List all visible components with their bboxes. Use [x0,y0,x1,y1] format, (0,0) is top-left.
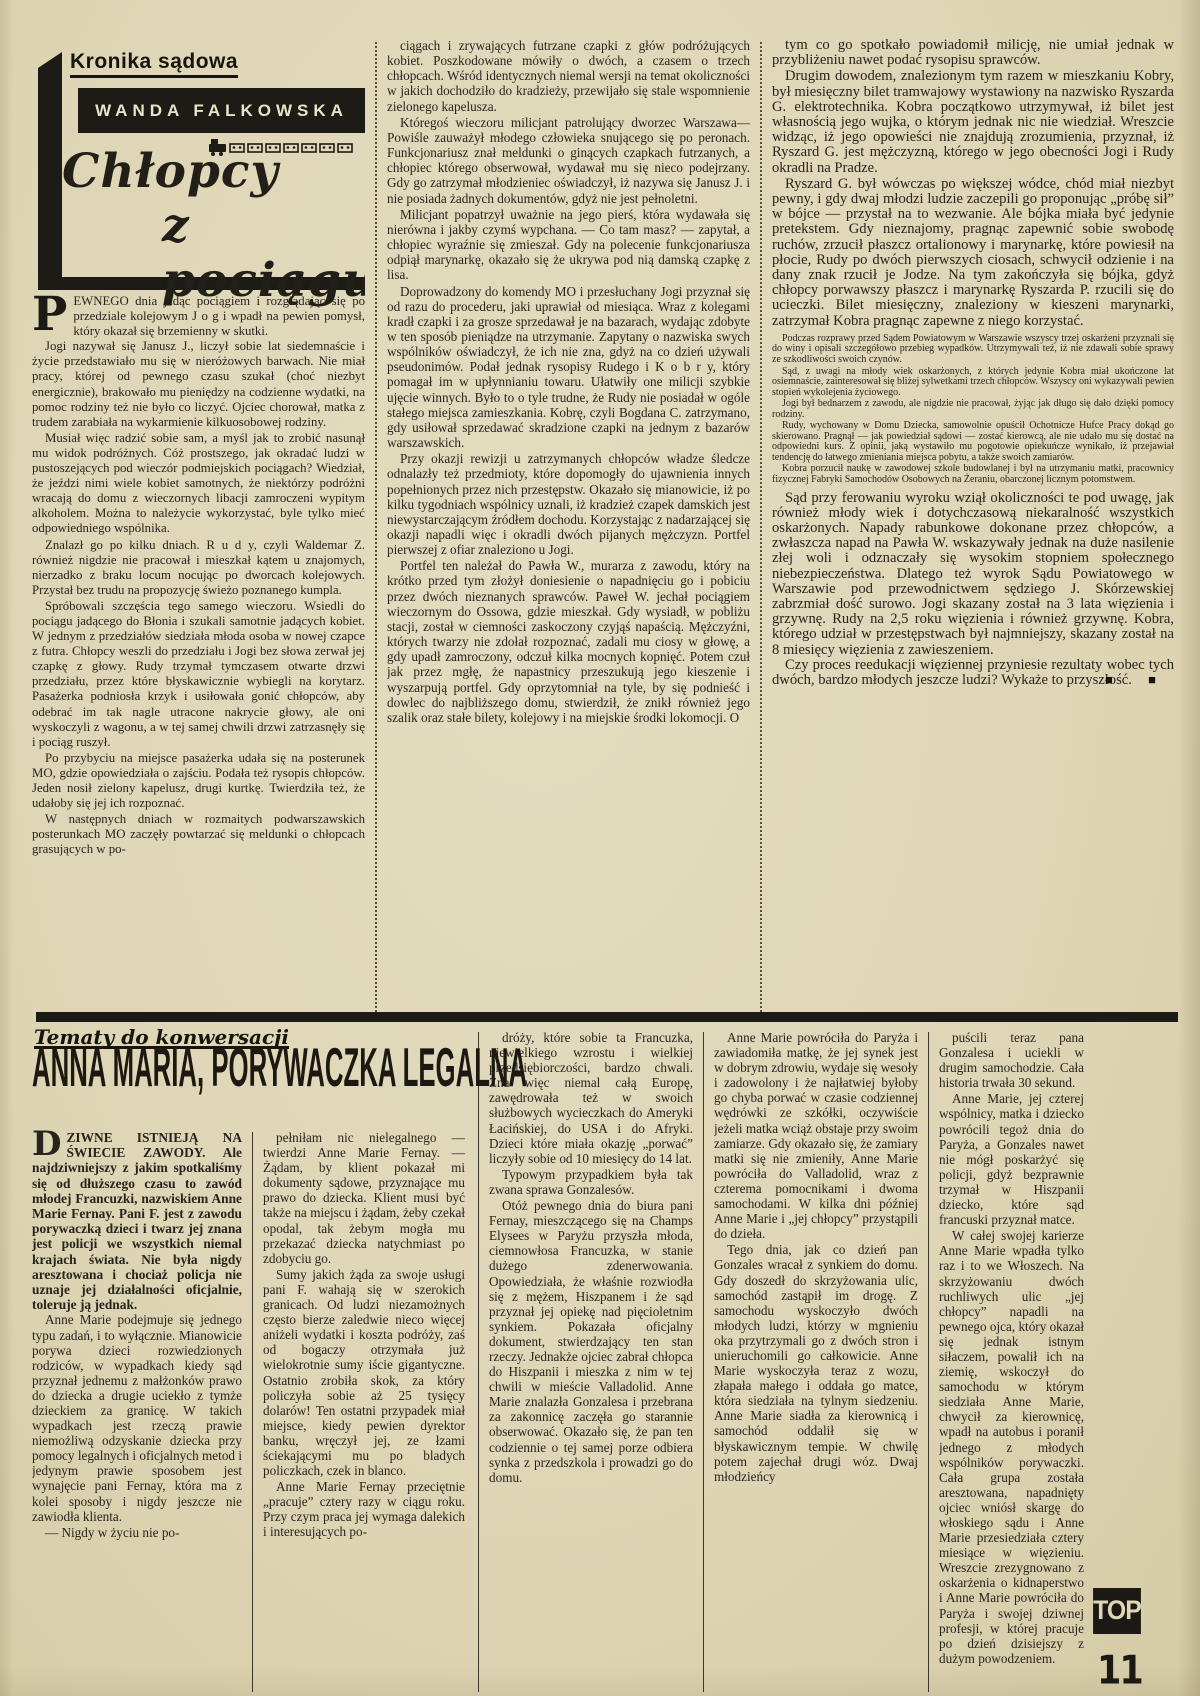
article-title-line2: z pociągu [162,198,365,308]
paragraph: Ryszard G. był wówczas po większej wódce… [772,177,1174,329]
bottom-article-column-3: dróży, które sobie ta Francuzka, niewiel… [489,1030,693,1692]
paragraph: — Nigdy w życiu nie po- [32,1525,242,1540]
section-kicker: Kronika sądowa [70,50,238,78]
paragraph: puścili teraz pana Gonzalesa i uciekli w… [939,1030,1143,1090]
paragraph: Przy okazji rewizji u zatrzymanych chłop… [387,451,750,557]
paragraph: pełniłam nic nielegalnego — twierdzi Ann… [263,1130,465,1266]
bottom-article-column-1: DZIWNE ISTNIEJĄ NA ŚWIECIE ZAWODY. Ale n… [32,1130,242,1692]
article-headline: ANNA MARIA, PORYWACZKA LEGALNA [32,1059,527,1077]
paragraph: Któregoś wieczoru milicjant patrolujący … [387,115,750,206]
column-divider [703,1032,704,1692]
bottom-article: Tematy do konwersacji ANNA MARIA, PORYWA… [32,1030,1180,1692]
paragraph-list: ciągach i zrywających futrzane czapki z … [387,38,750,725]
paragraph: Tego dnia, jak co dzień pan Gonzales wra… [714,1242,918,1484]
column-divider [375,42,377,1016]
paragraph: Jogi był bednarzem z zawodu, ale nigdzie… [772,399,1174,420]
paragraph: Po przybyciu na miejsce pasażerka udała … [32,751,365,811]
paragraph: Znalazł go po kilku dniach. R u d y, czy… [32,538,365,598]
article-title-line1: Chłopcy [62,144,279,199]
paragraph: ciągach i zrywających futrzane czapki z … [387,38,750,114]
paragraph: Sąd przy ferowaniu wyroku wziął okoliczn… [772,491,1174,658]
paragraph-list: Jogi nazywał się Janusz J., liczył sobie… [32,339,365,857]
top-magazine-logo: TOP [1093,1588,1141,1634]
newspaper-page: Kronika sądowa WANDA FALKOWSKA [0,0,1200,1696]
paragraph: Anne Marie podejmuje się jednego typu za… [32,1312,242,1523]
top-article-column-2: ciągach i zrywających futrzane czapki z … [387,38,750,1016]
paragraph: Podczas rozprawy przed Sądem Powiatowym … [772,334,1174,366]
bottom-article-left-group: Tematy do konwersacji ANNA MARIA, PORYWA… [32,1030,468,1692]
court-smallprint: Podczas rozprawy przed Sądem Powiatowym … [772,334,1174,486]
paragraph: Jogi nazywał się Janusz J., liczył sobie… [32,339,365,430]
paragraph-list: pełniłam nic nielegalnego — twierdzi Ann… [263,1130,465,1540]
end-of-article-marks: ■ ■ [1105,672,1172,687]
paragraph-list: tym co go spotkało powiadomił milicję, n… [772,38,1174,329]
author-byline: WANDA FALKOWSKA [78,88,365,133]
paragraph: Anne Marie powróciła do Paryża i zawiado… [714,1030,918,1241]
paragraph-list: Anne Marie powróciła do Paryża i zawiado… [714,1030,918,1484]
paragraph-list: dróży, które sobie ta Francuzka, niewiel… [489,1030,693,1485]
paragraph-list: Anne Marie podejmuje się jednego typu za… [32,1312,242,1539]
bottom-article-header: Tematy do konwersacji ANNA MARIA, PORYWA… [32,1030,468,1130]
bottom-article-column-4: Anne Marie powróciła do Paryża i zawiado… [714,1030,918,1692]
closing-paragraph: Czy proces reedukacji więziennej przynie… [772,658,1174,688]
paragraph: Sąd, z uwagi na młody wiek oskarżonych, … [772,367,1174,399]
top-article: Kronika sądowa WANDA FALKOWSKA [32,38,1180,1016]
paragraph: Typowym przypadkiem była tak zwana spraw… [489,1167,693,1197]
paragraph: Musiał więc radzić sobie sam, a myśl jak… [32,431,365,537]
paragraph: W następnych dniach w rozmaitych podwars… [32,812,365,857]
page-number: 11 [1097,1649,1142,1694]
section-divider-rule [36,1012,1178,1022]
column-divider [478,1032,479,1692]
column-divider [928,1032,929,1692]
bottom-article-column-2: pełniłam nic nielegalnego — twierdzi Ann… [263,1130,465,1692]
paragraph: Doprowadzony do komendy MO i przesłuchan… [387,284,750,451]
paragraph: Rudy, wychowany w Domu Dziecka, samowoln… [772,421,1174,463]
top-article-column-1: Kronika sądowa WANDA FALKOWSKA [32,38,365,1016]
drop-cap: D [32,1130,66,1158]
paragraph: Portfel ten należał do Pawła W., murarza… [387,558,750,725]
header-frame-left-bar [38,52,62,290]
paragraph: Sumy jakich żąda za swoje usługi pani F.… [263,1267,465,1478]
paragraph: Anne Marie, jej czterej wspólnicy, matka… [939,1091,1143,1227]
drop-cap: P [32,294,73,334]
paragraph: Spróbowali szczęścia tego samego wieczor… [32,599,365,750]
paragraph-list: puścili teraz pana Gonzalesa i uciekli w… [939,1030,1143,1666]
lead-paragraph: DZIWNE ISTNIEJĄ NA ŚWIECIE ZAWODY. Ale n… [32,1130,242,1312]
top-article-header: Kronika sądowa WANDA FALKOWSKA [32,38,365,290]
column-text: PEWNEGO dnia jadąc pociągiem i rozglądaj… [32,294,365,857]
top-article-column-3: tym co go spotkało powiadomił milicję, n… [772,38,1174,1016]
column-divider [760,42,762,1016]
bottom-article-column-5: TOP puścili teraz pana Gonzalesa i uciek… [939,1030,1143,1692]
paragraph: Milicjant popatrzył uważnie na jego pier… [387,207,750,283]
column-divider [252,1132,253,1692]
paragraph: Drugim dowodem, znalezionym tym razem w … [772,69,1174,175]
paragraph: Anne Marie Fernay przeciętnie „pracuje” … [263,1479,465,1539]
paragraph: Kobra porzucił naukę w zawodowej szkole … [772,464,1174,485]
paragraph-list: Sąd przy ferowaniu wyroku wziął okoliczn… [772,491,1174,658]
paragraph: tym co go spotkało powiadomił milicję, n… [772,38,1174,68]
paragraph: Otóż pewnego dnia do biura pani Fernay, … [489,1198,693,1485]
